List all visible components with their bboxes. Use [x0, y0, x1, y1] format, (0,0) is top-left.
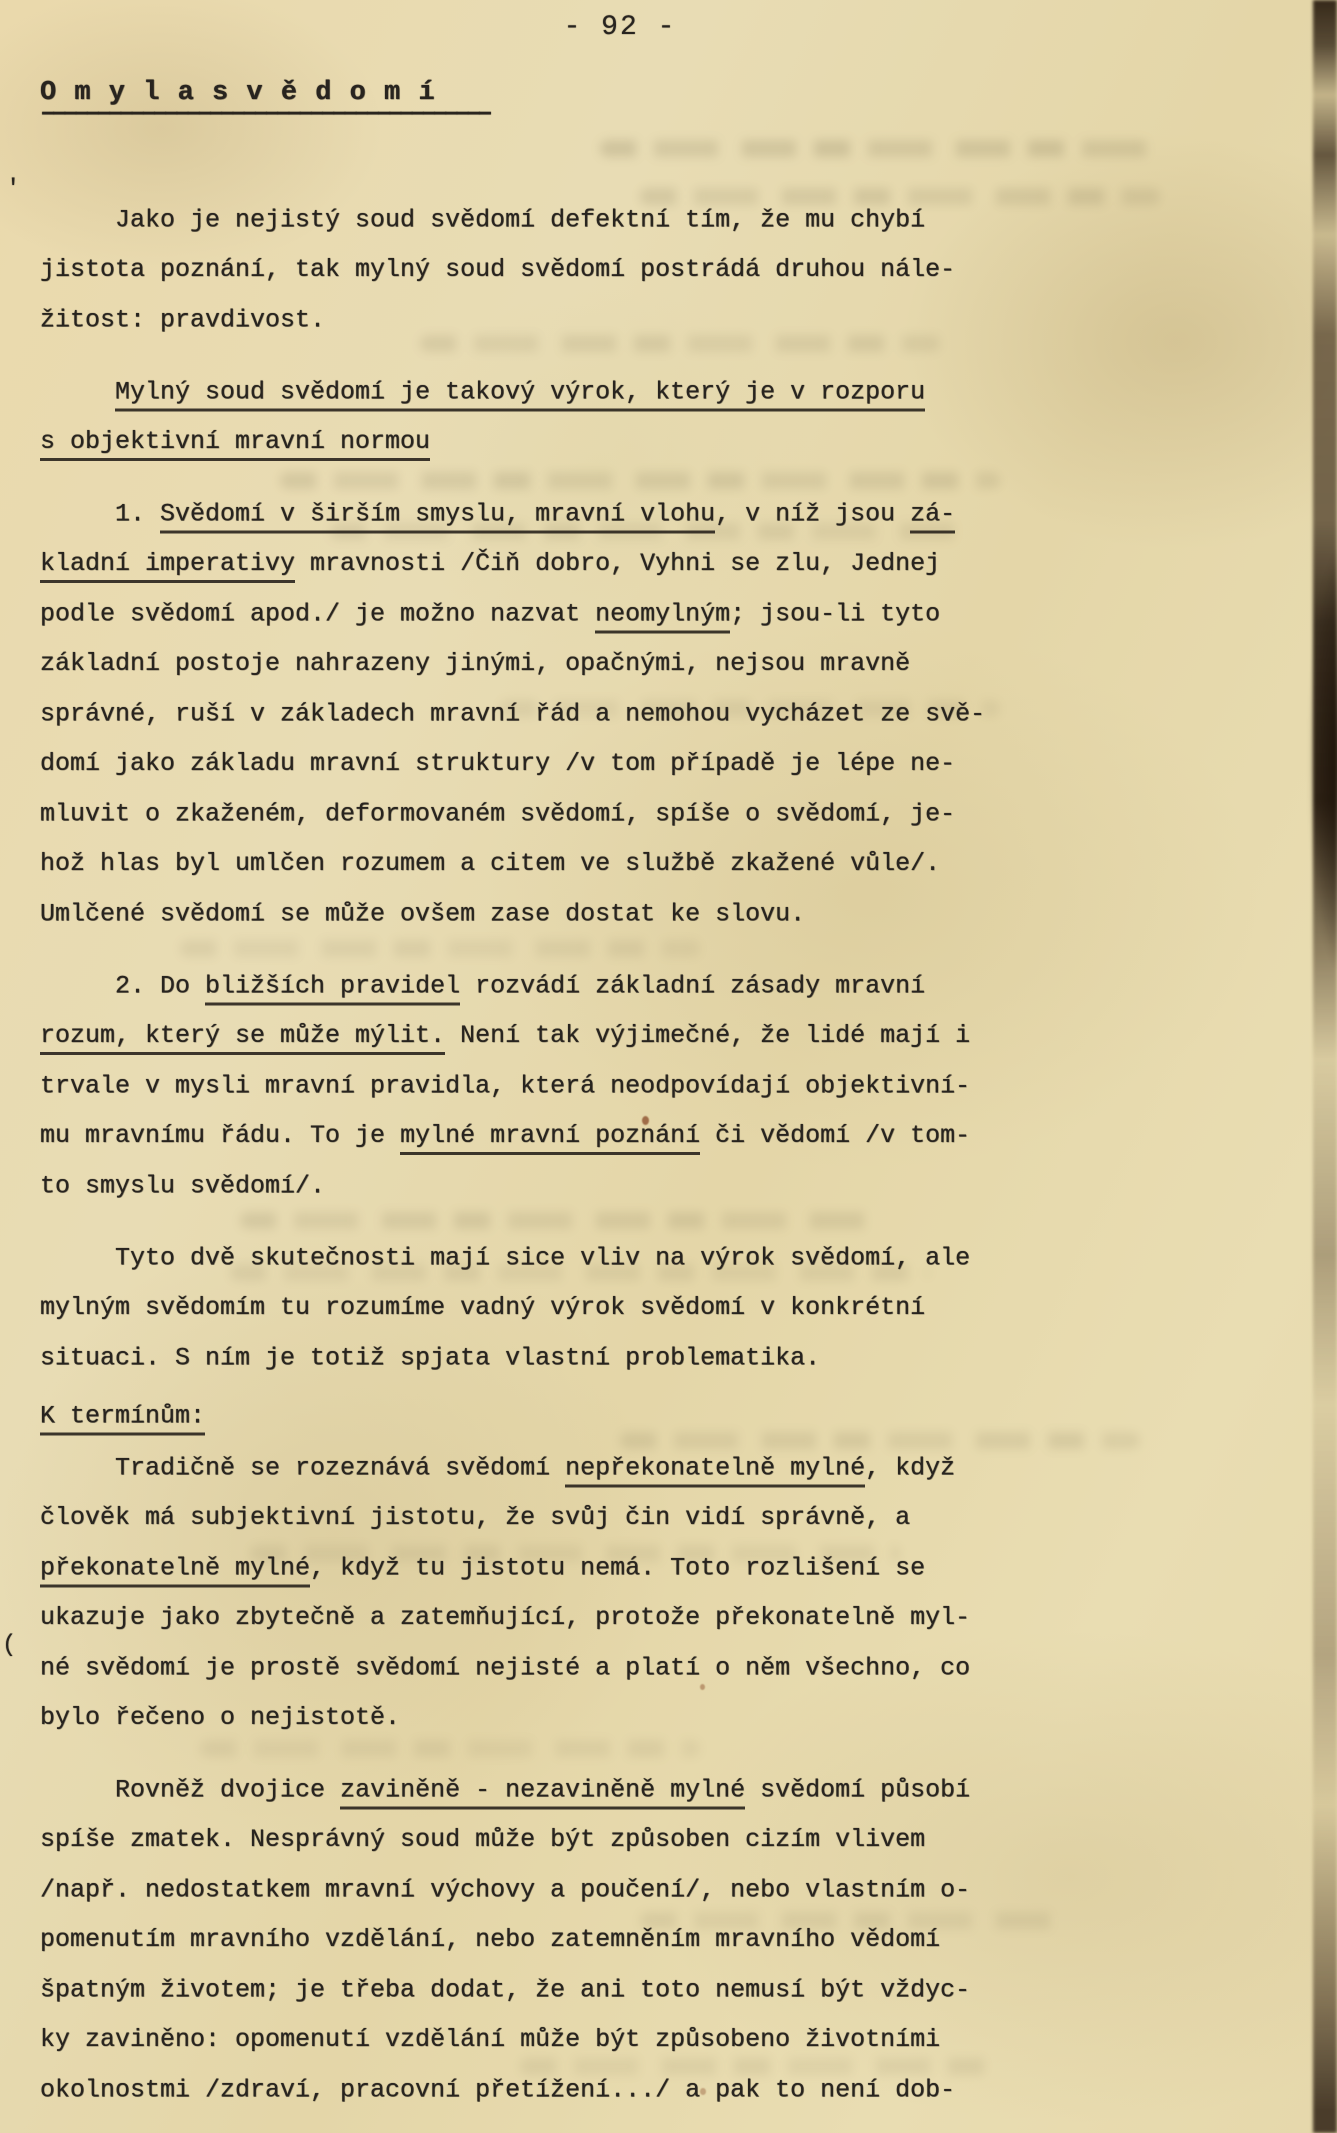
text-segment: podle svědomí apod./ je možno nazvat — [40, 600, 595, 629]
text-line: překonatelně mylné, když tu jistotu nemá… — [40, 1544, 1050, 1594]
text-segment: trvale v mysli mravní pravidla, která ne… — [40, 1072, 970, 1101]
underlined-text: kladní imperativy — [40, 549, 295, 583]
text-segment: žitost: pravdivost. — [40, 306, 325, 335]
text-segment — [40, 378, 115, 407]
text-line: Mylný soud svědomí je takový výrok, kter… — [40, 368, 1050, 418]
text-line: podle svědomí apod./ je možno nazvat neo… — [40, 590, 1050, 640]
text-segment: Není tak výjimečné, že lidé mají i — [445, 1021, 970, 1050]
text-segment: bylo řečeno o nejistotě. — [40, 1703, 400, 1732]
text-line: s objektivní mravní normou — [40, 417, 1050, 467]
text-segment: ky zaviněno: opomenutí vzdělání může být… — [40, 2025, 940, 2054]
underlined-text: rozum, který se může mýlit. — [40, 1021, 445, 1055]
underlined-text: K termínům: — [40, 1402, 205, 1436]
text-segment: Jako je nejistý soud svědomí defektní tí… — [40, 206, 925, 235]
text-segment: mluvit o zkaženém, deformovaném svědomí,… — [40, 800, 955, 829]
text-segment: svědomí působí — [745, 1776, 970, 1805]
text-line: jistota poznání, tak mylný soud svědomí … — [40, 245, 1050, 295]
text-segment: , když — [865, 1454, 955, 1483]
underlined-text: Svědomí v širším smyslu, mravní vlohu — [160, 500, 715, 534]
text-segment: Umlčené svědomí se může ovšem zase dosta… — [40, 900, 805, 929]
text-line: trvale v mysli mravní pravidla, která ne… — [40, 1062, 1050, 1112]
text-line: kladní imperativy mravnosti /Čiň dobro, … — [40, 539, 1050, 589]
text-line: ky zaviněno: opomenutí vzdělání může být… — [40, 2015, 1050, 2065]
paragraph: Tradičně se rozeznává svědomí nepřekonat… — [40, 1443, 1050, 1743]
text-segment: Tradičně se rozeznává svědomí — [40, 1454, 565, 1483]
text-segment: člověk má subjektivní jistotu, že svůj č… — [40, 1503, 910, 1532]
text-line: K termínům: — [40, 1392, 1050, 1442]
text-line: okolnostmi /zdraví, pracovní přetížení..… — [40, 2066, 1050, 2116]
bleedthrough-smudge — [600, 140, 1160, 157]
paragraph: 2. Do bližších pravidel rozvádí základní… — [40, 961, 1050, 1211]
text-line: Rovněž dvojice zaviněně - nezaviněně myl… — [40, 1766, 1050, 1816]
text-line: pomenutím mravního vzdělání, nebo zatemn… — [40, 1915, 1050, 1965]
text-line: to smyslu svědomí/. — [40, 1162, 1050, 1212]
text-segment: , když tu jistotu nemá. Toto rozlišení s… — [310, 1554, 925, 1583]
text-segment: hož hlas byl umlčen rozumem a citem ve s… — [40, 849, 940, 878]
text-line: mu mravnímu řádu. To je mylné mravní poz… — [40, 1111, 1050, 1161]
text-line: mluvit o zkaženém, deformovaném svědomí,… — [40, 790, 1050, 840]
text-segment: spíše zmatek. Nesprávný soud může být zp… — [40, 1825, 925, 1854]
text-line: špatným životem; je třeba dodat, že ani … — [40, 1966, 1050, 2016]
text-line: žitost: pravdivost. — [40, 296, 1050, 346]
stray-margin-mark: ' — [6, 176, 20, 203]
title-underline: –––––––––––––––––––––––––––––––––––––––– — [40, 99, 488, 129]
text-segment: špatným životem; je třeba dodat, že ani … — [40, 1976, 970, 2005]
underlined-text: nepřekonatelně mylné — [565, 1454, 865, 1488]
text-line: Jako je nejistý soud svědomí defektní tí… — [40, 196, 1050, 246]
paragraph: Mylný soud svědomí je takový výrok, kter… — [40, 367, 1050, 467]
paragraph: Jako je nejistý soud svědomí defektní tí… — [40, 195, 1050, 345]
paragraph: K termínům: — [40, 1391, 1050, 1441]
underlined-text: zaviněně - nezaviněně mylné — [340, 1776, 745, 1810]
text-line: hož hlas byl umlčen rozumem a citem ve s… — [40, 839, 1050, 889]
text-segment: ; jsou-li tyto — [730, 600, 940, 629]
text-line: domí jako základu mravní struktury /v to… — [40, 739, 1050, 789]
text-line: Tyto dvě skutečnosti mají sice vliv na v… — [40, 1234, 1050, 1284]
underlined-text: neomylným — [595, 600, 730, 634]
text-segment: okolnostmi /zdraví, pracovní přetížení..… — [40, 2076, 955, 2105]
underlined-text: Mylný soud svědomí je takový výrok, kter… — [115, 378, 925, 412]
text-segment: pomenutím mravního vzdělání, nebo zatemn… — [40, 1925, 940, 1954]
text-segment: mu mravnímu řádu. To je — [40, 1121, 400, 1150]
text-line: rozum, který se může mýlit. Není tak výj… — [40, 1011, 1050, 1061]
text-segment: Rovněž dvojice — [40, 1776, 340, 1805]
text-segment: správné, ruší v základech mravní řád a n… — [40, 700, 985, 729]
text-line: /např. nedostatkem mravní výchovy a pouč… — [40, 1866, 1050, 1916]
text-line: 1. Svědomí v širším smyslu, mravní vlohu… — [40, 490, 1050, 540]
text-line: né svědomí je prostě svědomí nejisté a p… — [40, 1644, 1050, 1694]
underlined-text: bližších pravidel — [205, 972, 460, 1006]
text-segment: domí jako základu mravní struktury /v to… — [40, 749, 955, 778]
text-segment: to smyslu svědomí/. — [40, 1172, 325, 1201]
text-line: Tradičně se rozeznává svědomí nepřekonat… — [40, 1444, 1050, 1494]
text-segment: mravnosti /Čiň dobro, Vyhni se zlu, Jedn… — [295, 549, 940, 578]
text-line: člověk má subjektivní jistotu, že svůj č… — [40, 1493, 1050, 1543]
text-segment: ukazuje jako zbytečně a zatemňující, pro… — [40, 1603, 970, 1632]
text-segment: 2. Do — [40, 972, 205, 1001]
underlined-text: zá- — [910, 500, 955, 534]
text-segment: jistota poznání, tak mylný soud svědomí … — [40, 255, 955, 284]
section-title: O m y l a s v ě d o m í ––––––––––––––––… — [40, 78, 488, 129]
paragraph: 1. Svědomí v širším smyslu, mravní vlohu… — [40, 489, 1050, 939]
scan-edge-blob — [1309, 550, 1337, 970]
text-segment: situaci. S ním je totiž spjata vlastní p… — [40, 1344, 820, 1373]
underlined-text: mylné mravní poznání — [400, 1121, 700, 1155]
text-segment: Tyto dvě skutečnosti mají sice vliv na v… — [40, 1244, 970, 1273]
text-line: mylným svědomím tu rozumíme vadný výrok … — [40, 1283, 1050, 1333]
document-body: Jako je nejistý soud svědomí defektní tí… — [40, 195, 1050, 2115]
text-segment: rozvádí základní zásady mravní — [460, 972, 925, 1001]
underlined-text: s objektivní mravní normou — [40, 427, 430, 461]
text-segment: /např. nedostatkem mravní výchovy a pouč… — [40, 1876, 970, 1905]
text-segment: 1. — [40, 500, 160, 529]
text-line: ukazuje jako zbytečně a zatemňující, pro… — [40, 1593, 1050, 1643]
text-line: základní postoje nahrazeny jinými, opačn… — [40, 639, 1050, 689]
text-segment: základní postoje nahrazeny jinými, opačn… — [40, 649, 910, 678]
text-line: Umlčené svědomí se může ovšem zase dosta… — [40, 890, 1050, 940]
document-page: - 92 - O m y l a s v ě d o m í –––––––––… — [0, 0, 1337, 2133]
text-segment: či vědomí /v tom- — [700, 1121, 970, 1150]
text-segment: né svědomí je prostě svědomí nejisté a p… — [40, 1654, 970, 1683]
text-line: 2. Do bližších pravidel rozvádí základní… — [40, 962, 1050, 1012]
paragraph: Tyto dvě skutečnosti mají sice vliv na v… — [40, 1233, 1050, 1383]
page-number: - 92 - — [0, 12, 1240, 43]
paragraph: Rovněž dvojice zaviněně - nezaviněně myl… — [40, 1765, 1050, 2115]
text-line: správné, ruší v základech mravní řád a n… — [40, 690, 1050, 740]
underlined-text: překonatelně mylné — [40, 1554, 310, 1588]
text-line: situaci. S ním je totiž spjata vlastní p… — [40, 1334, 1050, 1384]
text-segment: mylným svědomím tu rozumíme vadný výrok … — [40, 1293, 925, 1322]
text-line: bylo řečeno o nejistotě. — [40, 1693, 1050, 1743]
stray-margin-mark: ( — [2, 1632, 16, 1659]
text-line: spíše zmatek. Nesprávný soud může být zp… — [40, 1815, 1050, 1865]
scan-edge-shadow — [1313, 0, 1337, 2133]
text-segment: , v níž jsou — [715, 500, 910, 529]
